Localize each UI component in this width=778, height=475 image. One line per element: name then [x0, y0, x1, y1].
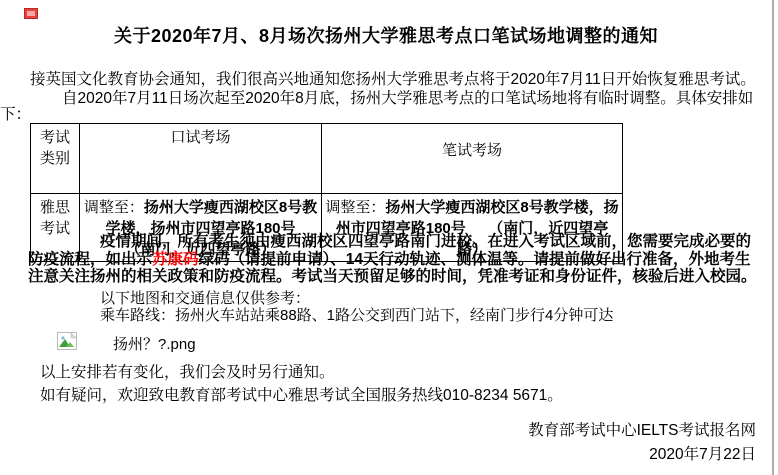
epidemic-notice-paragraph: 疫情期间，所有考生须由瘦西湖校区四望亭路南门进校。在进入考试区域前，您需要完成必…: [28, 233, 764, 286]
table-header-row: 考试类别 口试考场 笔试考场: [31, 124, 623, 194]
bus-route-line: 乘车路线：扬州火车站站乘88路、1路公交到西门站下，经南门步行4分钟可达: [100, 304, 613, 325]
health-code-highlight: 苏康码: [152, 251, 199, 268]
header-written-venue: 笔试考场: [322, 124, 623, 194]
header-exam-category: 考试类别: [31, 124, 80, 194]
footer-date: 2020年7月22日: [0, 442, 756, 464]
intro-paragraph-1: 接英国文化教育协会通知，我们很高兴地通知您扬州大学雅思考点将于2020年7月11…: [0, 72, 772, 88]
intro-paragraph-2: 自2020年7月11日场次起至2020年8月底，扬州大学雅思考点的口笔试场地将有…: [0, 91, 776, 123]
page-title: 关于2020年7月、8月场次扬州大学雅思考点口笔试场地调整的通知: [0, 22, 772, 48]
broken-image-filename: 扬州？?.png: [113, 333, 196, 354]
closing-line-change: 以上安排若有变化，我们会及时另行通知。: [40, 360, 335, 382]
footer-organization: 教育部考试中心IELTS考试报名网: [0, 418, 756, 440]
page-edge-line: [772, 0, 774, 475]
closing-line-hotline: 如有疑问，欢迎致电教育部考试中心雅思考试全国服务热线010-8234 5671。: [40, 383, 563, 405]
broken-image-icon: [57, 332, 77, 355]
header-oral-venue: 口试考场: [80, 124, 322, 194]
broken-image-row: 扬州？?.png: [57, 332, 196, 355]
written-venue-prefix: 调整至：: [325, 199, 385, 216]
red-mark-icon: [24, 6, 38, 17]
oral-venue-prefix: 调整至：: [84, 199, 144, 216]
notice-page: 关于2020年7月、8月场次扬州大学雅思考点口笔试场地调整的通知 接英国文化教育…: [0, 0, 778, 475]
